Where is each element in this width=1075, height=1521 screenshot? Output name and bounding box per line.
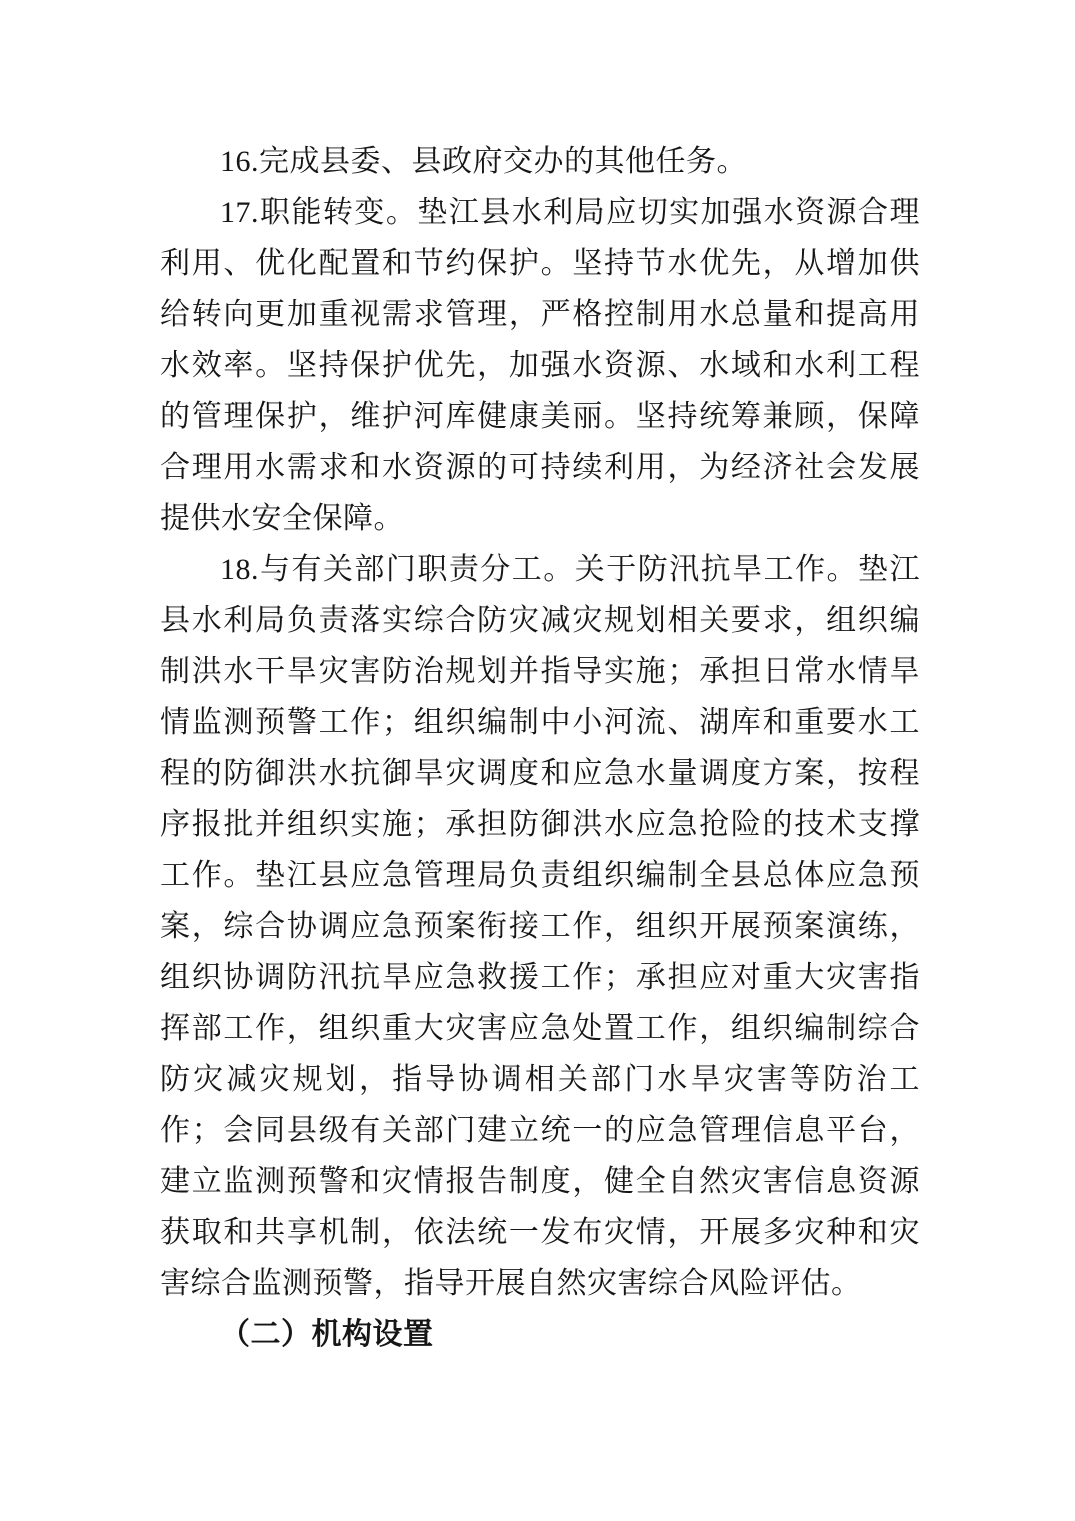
- section-heading-organization-setup: （二）机构设置: [160, 1309, 920, 1360]
- document-page: 16.完成县委、县政府交办的其他任务。17.职能转变。垫江县水利局应切实加强水资…: [0, 0, 1075, 1521]
- paragraph-item-18: 18.与有关部门职责分工。关于防汛抗旱工作。垫江县水利局负责落实综合防灾减灾规划…: [160, 544, 920, 1309]
- document-text-block: 16.完成县委、县政府交办的其他任务。17.职能转变。垫江县水利局应切实加强水资…: [160, 136, 920, 1360]
- paragraph-item-16: 16.完成县委、县政府交办的其他任务。: [160, 136, 920, 187]
- paragraph-item-17: 17.职能转变。垫江县水利局应切实加强水资源合理利用、优化配置和节约保护。坚持节…: [160, 187, 920, 544]
